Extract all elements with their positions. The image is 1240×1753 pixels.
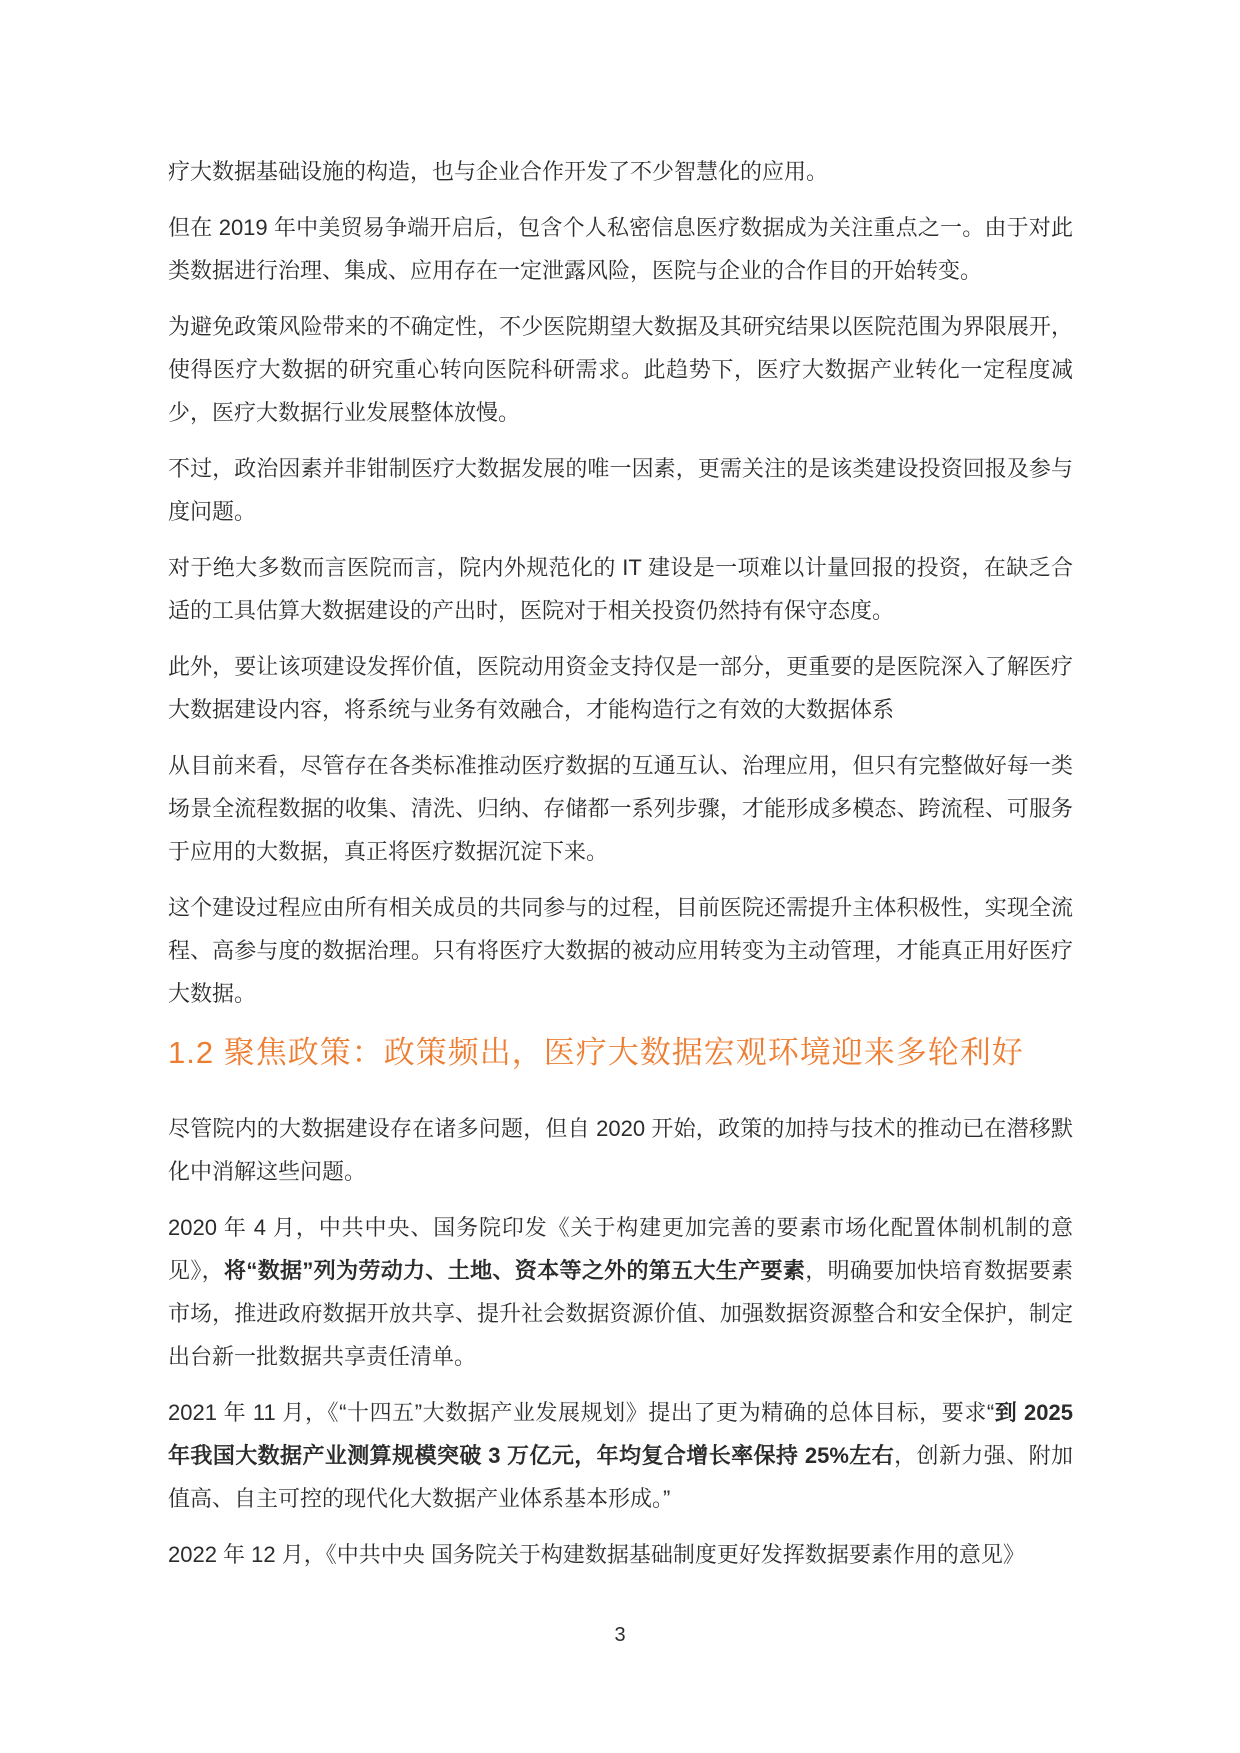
body-paragraph-12: 2022 年 12 月，《中共中央 国务院关于构建数据基础制度更好发挥数据要素作… <box>168 1533 1073 1576</box>
paragraph-11-regular-text: 2021 年 11 月，《“十四五”大数据产业发展规划》提出了更为精确的总体目标… <box>168 1400 994 1425</box>
body-paragraph-1: 疗大数据基础设施的构造，也与企业合作开发了不少智慧化的应用。 <box>168 150 1073 193</box>
section-heading-1-2: 1.2 聚焦政策：政策频出，医疗大数据宏观环境迎来多轮利好 <box>168 1029 1073 1077</box>
document-page: 疗大数据基础设施的构造，也与企业合作开发了不少智慧化的应用。 但在 2019 年… <box>0 0 1240 1753</box>
body-paragraph-6: 此外，要让该项建设发挥价值，医院动用资金支持仅是一部分，更重要的是医院深入了解医… <box>168 645 1073 731</box>
body-paragraph-3: 为避免政策风险带来的不确定性，不少医院期望大数据及其研究结果以医院范围为界限展开… <box>168 305 1073 434</box>
body-paragraph-7: 从目前来看，尽管存在各类标准推动医疗数据的互通互认、治理应用，但只有完整做好每一… <box>168 744 1073 873</box>
body-paragraph-9: 尽管院内的大数据建设存在诸多问题，但自 2020 开始，政策的加持与技术的推动已… <box>168 1107 1073 1193</box>
page-content: 疗大数据基础设施的构造，也与企业合作开发了不少智慧化的应用。 但在 2019 年… <box>168 150 1073 1589</box>
body-paragraph-4: 不过，政治因素并非钳制医疗大数据发展的唯一因素，更需关注的是该类建设投资回报及参… <box>168 447 1073 533</box>
paragraph-10-bold-text: 将“数据”列为劳动力、土地、资本等之外的第五大生产要素 <box>224 1258 805 1283</box>
body-paragraph-8: 这个建设过程应由所有相关成员的共同参与的过程，目前医院还需提升主体积极性，实现全… <box>168 886 1073 1015</box>
page-number: 3 <box>0 1622 1240 1648</box>
body-paragraph-5: 对于绝大多数而言医院而言，院内外规范化的 IT 建设是一项难以计量回报的投资，在… <box>168 546 1073 632</box>
body-paragraph-2: 但在 2019 年中美贸易争端开启后，包含个人私密信息医疗数据成为关注重点之一。… <box>168 206 1073 292</box>
body-paragraph-10: 2020 年 4 月，中共中央、国务院印发《关于构建更加完善的要素市场化配置体制… <box>168 1206 1073 1378</box>
body-paragraph-11: 2021 年 11 月，《“十四五”大数据产业发展规划》提出了更为精确的总体目标… <box>168 1391 1073 1520</box>
